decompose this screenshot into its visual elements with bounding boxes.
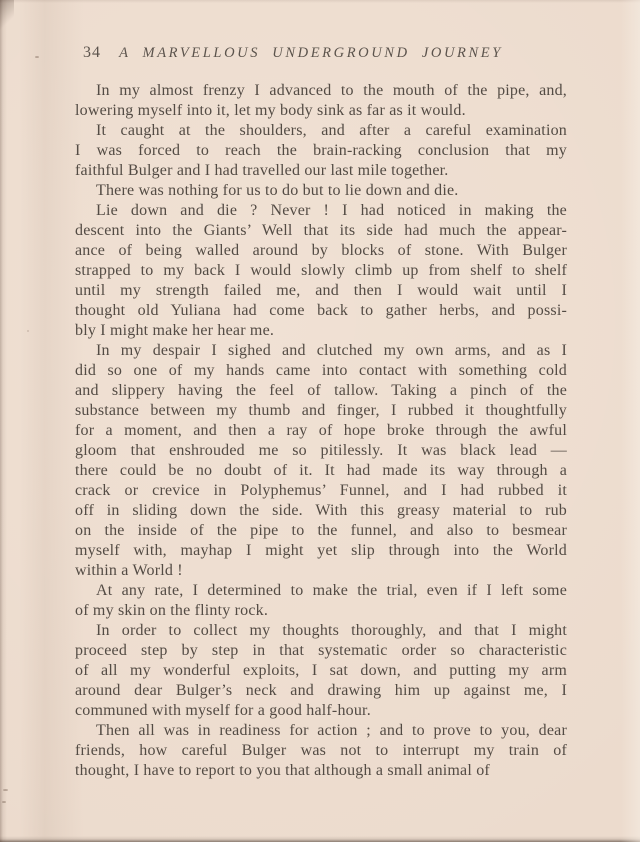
paragraph: In my almost frenzy I advanced to the mo… — [75, 81, 567, 121]
text-line: there could be no doubt of it. It had ma… — [75, 461, 567, 481]
scan-speck — [2, 801, 6, 803]
text-line: bly I might make her hear me. — [75, 321, 567, 341]
text-line: of my skin on the flinty rock. — [75, 601, 567, 621]
paragraph: In order to collect my thoughts thorough… — [75, 621, 567, 721]
text-line: I was forced to reach the brain-racking … — [75, 141, 567, 161]
text-line: of all my wonderful exploits, I sat down… — [75, 661, 567, 681]
text-block: In my almost frenzy I advanced to the mo… — [75, 81, 567, 781]
text-line: In my despair I sighed and clutched my o… — [75, 341, 567, 361]
text-line: substance between my thumb and finger, I… — [75, 401, 567, 421]
text-line: around dear Bulger’s neck and drawing hi… — [75, 681, 567, 701]
text-line: and slippery having the feel of tallow. … — [75, 381, 567, 401]
text-line: proceed step by step in that systematic … — [75, 641, 567, 661]
text-line: for a moment, and then a ray of hope bro… — [75, 421, 567, 441]
text-line: myself with, mayhap I might yet slip thr… — [75, 541, 567, 561]
page-corner-shadow — [0, 0, 14, 30]
text-line: thought, I have to report to you that al… — [75, 761, 567, 781]
paragraph: Then all was in readiness for action ; a… — [75, 721, 567, 781]
scan-speck — [35, 56, 39, 58]
text-line: thought old Yuliana had come back to gat… — [75, 301, 567, 321]
text-line: on the inside of the pipe to the funnel,… — [75, 521, 567, 541]
text-line: off in sliding down the side. With this … — [75, 501, 567, 521]
text-line: Then all was in readiness for action ; a… — [75, 721, 567, 741]
text-line: crack or crevice in Polyphemus’ Funnel, … — [75, 481, 567, 501]
text-line: It caught at the shoulders, and after a … — [75, 121, 567, 141]
text-line: did so one of my hands came into contact… — [75, 361, 567, 381]
text-line: friends, how careful Bulger was not to i… — [75, 741, 567, 761]
paragraph: At any rate, I determined to make the tr… — [75, 581, 567, 621]
text-line: In my almost frenzy I advanced to the mo… — [75, 81, 567, 101]
paragraph: There was nothing for us to do but to li… — [75, 181, 567, 201]
page-header: 34 A MARVELLOUS UNDERGROUND JOURNEY — [75, 44, 567, 64]
text-line: lowering myself into it, let my body sin… — [75, 101, 567, 121]
running-title: A MARVELLOUS UNDERGROUND JOURNEY — [85, 45, 537, 62]
text-line: faithful Bulger and I had travelled our … — [75, 161, 567, 181]
text-line: communed with myself for a good half-hou… — [75, 701, 567, 721]
scan-speck — [3, 789, 8, 791]
text-line: Lie down and die ? Never ! I had noticed… — [75, 201, 567, 221]
paragraph: It caught at the shoulders, and after a … — [75, 121, 567, 181]
scan-speck — [27, 330, 29, 332]
text-line: descent into the Giants’ Well that its s… — [75, 221, 567, 241]
paragraph: Lie down and die ? Never ! I had noticed… — [75, 201, 567, 341]
text-line: In order to collect my thoughts thorough… — [75, 621, 567, 641]
text-line: ance of being walled around by blocks of… — [75, 241, 567, 261]
text-line: strapped to my back I would slowly climb… — [75, 261, 567, 281]
text-line: gloom that enshrouded me so pitilessly. … — [75, 441, 567, 461]
text-line: until my strength failed me, and then I … — [75, 281, 567, 301]
text-line: At any rate, I determined to make the tr… — [75, 581, 567, 601]
text-line: within a World ! — [75, 561, 567, 581]
paragraph: In my despair I sighed and clutched my o… — [75, 341, 567, 581]
text-line: There was nothing for us to do but to li… — [75, 181, 567, 201]
